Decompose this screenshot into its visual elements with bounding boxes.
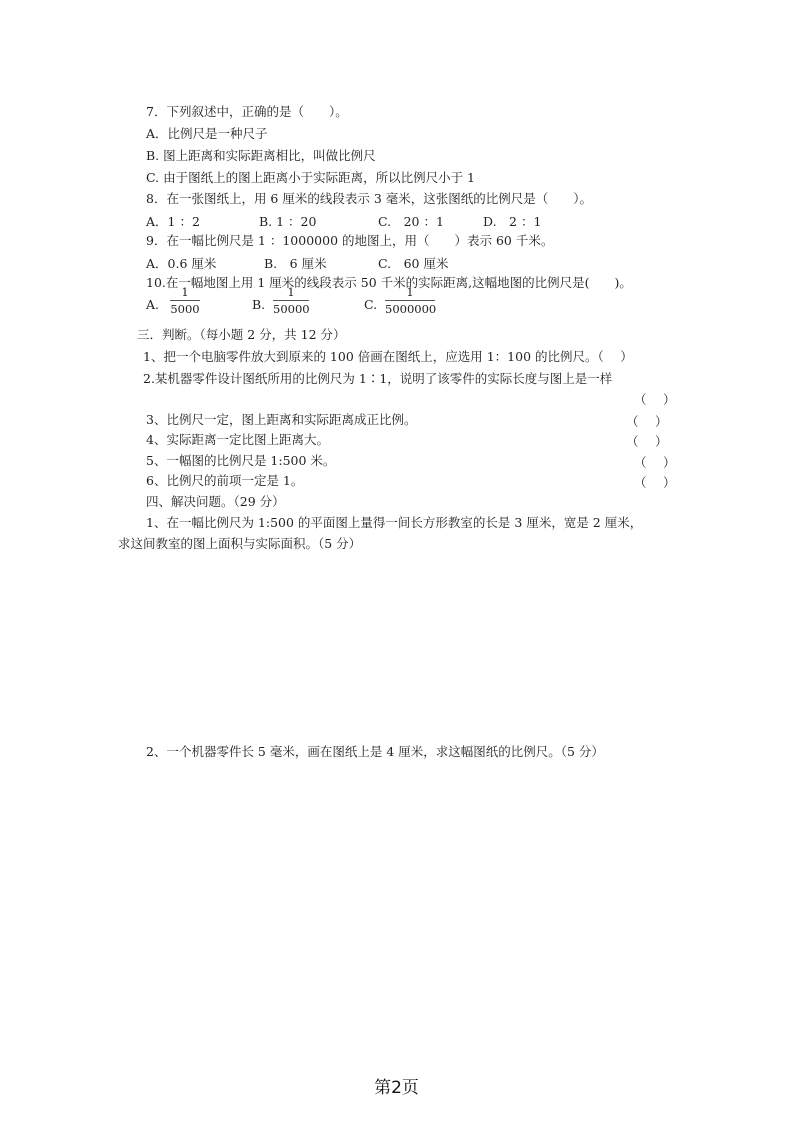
- page-number: 第2页: [0, 1073, 793, 1098]
- judge-item-5: 5、一幅图的比例尺是 1:500 米。: [146, 453, 335, 469]
- judge-item-4: 4、实际距离一定比图上距离大。: [146, 432, 329, 448]
- section-judge-title: 三．判断。（每小题 2 分，共 12 分）: [137, 327, 346, 343]
- question-9-stem: 9．在一幅比例尺是 1 ：1000000 的地图上，用（ ）表示 60 千米。: [146, 233, 553, 249]
- question-10-option-c-label: C.: [364, 297, 377, 312]
- solve-question-1-line-2: 求这间教室的图上面积与实际面积。（5 分）: [118, 536, 361, 552]
- question-8-stem: 8．在一张图纸上，用 6 厘米的线段表示 3 毫米，这张图纸的比例尺是（ ）。: [146, 191, 592, 207]
- question-9-option-a: A．0.6 厘米: [146, 254, 216, 272]
- question-9-option-c: C. 60 厘米: [378, 254, 448, 272]
- solve-question-1-line-1: 1、在一幅比例尺为 1:500 的平面图上量得一间长方形教室的长是 3 厘米，宽…: [146, 515, 642, 531]
- question-7-stem: 7．下列叙述中，正确的是（ ）。: [146, 104, 348, 120]
- judge-item-3: 3、比例尺一定，图上距离和实际距离成正比例。: [146, 412, 416, 428]
- fraction-denominator: 5000000: [385, 303, 435, 316]
- question-7-option-a: A．比例尺是一种尺子: [146, 126, 268, 142]
- fraction-numerator: 1: [170, 286, 200, 299]
- question-10-option-b-label: B.: [252, 297, 265, 312]
- judge-item-2: 2.某机器零件设计图纸所用的比例尺为 1∶1，说明了该零件的实际长度与图上是一样: [143, 371, 612, 387]
- question-8-option-b: B. 1 ：20: [259, 212, 316, 230]
- judge-item-5-answer-blank[interactable]: （ ）: [634, 453, 675, 471]
- judge-item-2-answer-blank[interactable]: （ ）: [634, 390, 675, 408]
- judge-item-1: 1、把一个电脑零件放大到原来的 100 倍画在图纸上，应选用 1：100 的比例…: [143, 349, 633, 365]
- fraction-bar: [385, 300, 435, 301]
- question-10-option-a-fraction: 1 5000: [170, 286, 200, 316]
- question-10-option-a-label: A.: [146, 297, 159, 312]
- question-8-option-c: C. 20 ：1: [378, 212, 444, 230]
- fraction-numerator: 1: [273, 286, 309, 299]
- question-8-option-d: D. 2 ：1: [483, 212, 541, 230]
- fraction-denominator: 50000: [273, 303, 309, 316]
- judge-item-6: 6、比例尺的前项一定是 1。: [146, 473, 303, 489]
- question-8-option-a: A．1 ：2: [146, 212, 200, 230]
- judge-item-6-answer-blank[interactable]: （ ）: [634, 473, 675, 491]
- fraction-bar: [170, 300, 200, 301]
- fraction-numerator: 1: [385, 286, 435, 299]
- question-10-option-c-fraction: 1 5000000: [385, 286, 435, 316]
- question-10-option-b-fraction: 1 50000: [273, 286, 309, 316]
- question-9-option-b: B. 6 厘米: [264, 254, 327, 272]
- section-solve-title: 四、解决问题。（29 分）: [146, 494, 285, 510]
- fraction-denominator: 5000: [170, 303, 200, 316]
- judge-item-4-answer-blank[interactable]: （ ）: [626, 432, 667, 450]
- solve-question-2: 2、一个机器零件长 5 毫米，画在图纸上是 4 厘米，求这幅图纸的比例尺。（5 …: [146, 744, 604, 760]
- judge-item-3-answer-blank[interactable]: （ ）: [626, 412, 667, 430]
- question-7-option-b: B. 图上距离和实际距离相比，叫做比例尺: [146, 148, 376, 164]
- fraction-bar: [273, 300, 309, 301]
- question-7-option-c: C. 由于图纸上的图上距离小于实际距离，所以比例尺小于 1: [146, 170, 475, 186]
